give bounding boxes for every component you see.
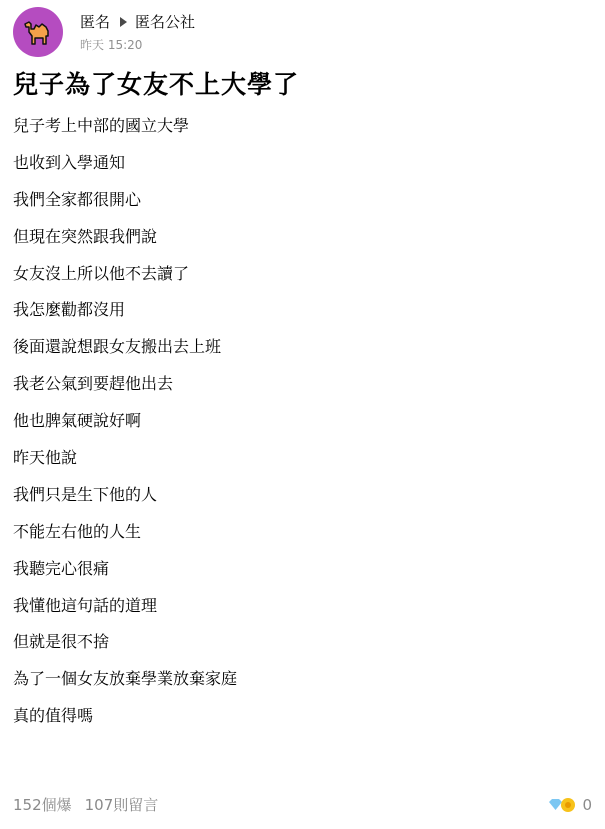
reward-count: 0 (582, 796, 592, 814)
body-line: 後面還說想跟女友搬出去上班 (13, 337, 237, 374)
body-line: 昨天他說 (13, 448, 237, 485)
body-line: 我聽完心很痛 (13, 559, 237, 596)
body-line: 我們全家都很開心 (13, 190, 237, 227)
author-name: 匿名 (80, 12, 110, 32)
like-count[interactable]: 152個爆 (13, 794, 72, 815)
body-line: 我懂他這句話的道理 (13, 596, 237, 633)
body-line: 我們只是生下他的人 (13, 485, 237, 522)
board-link[interactable]: 匿名公社 (135, 12, 195, 32)
post-meta: 匿名 匿名公社 昨天 15:20 (80, 12, 195, 52)
comment-count[interactable]: 107則留言 (85, 794, 159, 815)
body-line: 但就是很不捨 (13, 632, 237, 669)
body-line: 他也脾氣硬說好啊 (13, 411, 237, 448)
body-line: 真的值得嗎 (13, 706, 237, 743)
diamond-coin-icon (548, 797, 576, 813)
post-title: 兒子為了女友不上大學了 (13, 68, 299, 102)
body-line: 我老公氣到要趕他出去 (13, 374, 237, 411)
body-line: 為了一個女友放棄學業放棄家庭 (13, 669, 237, 706)
body-line: 我怎麼勸都沒用 (13, 300, 237, 337)
caret-right-icon (120, 17, 127, 27)
body-line: 但現在突然跟我們說 (13, 227, 237, 264)
body-line: 不能左右他的人生 (13, 522, 237, 559)
post-stats: 152個爆 107則留言 (13, 794, 158, 815)
camel-icon (22, 16, 54, 48)
post-header: 匿名 匿名公社 昨天 15:20 (13, 6, 195, 58)
post-timestamp: 昨天 15:20 (80, 38, 195, 52)
body-line: 女友沒上所以他不去讀了 (13, 264, 237, 301)
reward-button[interactable]: 0 (548, 796, 592, 814)
avatar[interactable] (13, 7, 63, 57)
body-line: 也收到入學通知 (13, 153, 237, 190)
post-body: 兒子考上中部的國立大學 也收到入學通知 我們全家都很開心 但現在突然跟我們說 女… (13, 116, 237, 743)
body-line: 兒子考上中部的國立大學 (13, 116, 237, 153)
